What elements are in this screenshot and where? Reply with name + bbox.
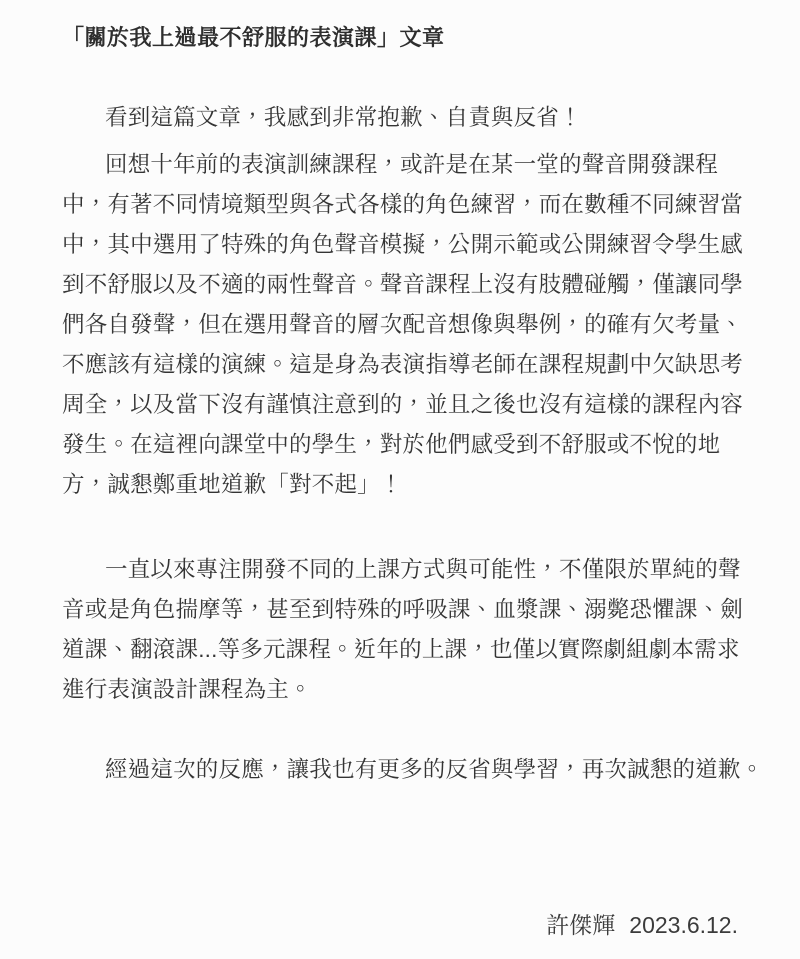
text-line: 發生。在這裡向課堂中的學生，對於他們感受到不舒服或不悅的地	[62, 425, 744, 465]
text-line: 周全，以及當下沒有謹慎注意到的，並且之後也沒有這樣的課程內容	[62, 385, 744, 425]
text-line: 音或是角色揣摩等，甚至到特殊的呼吸課、血漿課、溺斃恐懼課、劍	[62, 590, 744, 630]
text-line: 一直以來專注開發不同的上課方式與可能性，不僅限於單純的聲	[62, 550, 744, 590]
signature-date: 2023.6.12.	[629, 912, 738, 938]
article-title: 「關於我上過最不舒服的表演課」文章	[62, 18, 742, 58]
document-page: 「關於我上過最不舒服的表演課」文章 看到這篇文章，我感到非常抱歉、自責與反省！回…	[0, 0, 800, 959]
text-line: 看到這篇文章，我感到非常抱歉、自責與反省！	[62, 98, 744, 138]
text-line: 中，其中選用了特殊的角色聲音模擬，公開示範或公開練習令學生感	[62, 225, 744, 265]
text-line: 回想十年前的表演訓練課程，或許是在某一堂的聲音開發課程	[62, 145, 744, 185]
paragraph: 回想十年前的表演訓練課程，或許是在某一堂的聲音開發課程中，有著不同情境類型與各式…	[62, 145, 744, 505]
text-line: 方，誠懇鄭重地道歉「對不起」！	[62, 465, 744, 505]
signature-name: 許傑輝	[546, 912, 615, 938]
text-line: 到不舒服以及不適的兩性聲音。聲音課程上沒有肢體碰觸，僅讓同學	[62, 265, 744, 305]
paragraph: 經過這次的反應，讓我也有更多的反省與學習，再次誠懇的道歉。	[62, 750, 744, 790]
text-line: 中，有著不同情境類型與各式各樣的角色練習，而在數種不同練習當	[62, 185, 744, 225]
paragraph: 一直以來專注開發不同的上課方式與可能性，不僅限於單純的聲音或是角色揣摩等，甚至到…	[62, 550, 744, 710]
text-line: 道課、翻滾課...等多元課程。近年的上課，也僅以實際劇組劇本需求	[62, 630, 744, 670]
paragraph: 看到這篇文章，我感到非常抱歉、自責與反省！	[62, 98, 744, 138]
text-line: 進行表演設計課程為主。	[62, 670, 744, 710]
text-line: 不應該有這樣的演練。這是身為表演指導老師在課程規劃中欠缺思考	[62, 345, 744, 385]
article-body: 看到這篇文章，我感到非常抱歉、自責與反省！回想十年前的表演訓練課程，或許是在某一…	[62, 98, 744, 790]
signature-line: 許傑輝2023.6.12.	[0, 905, 800, 945]
text-line: 經過這次的反應，讓我也有更多的反省與學習，再次誠懇的道歉。	[62, 750, 744, 790]
text-line: 們各自發聲，但在選用聲音的層次配音想像與舉例，的確有欠考量、	[62, 305, 744, 345]
